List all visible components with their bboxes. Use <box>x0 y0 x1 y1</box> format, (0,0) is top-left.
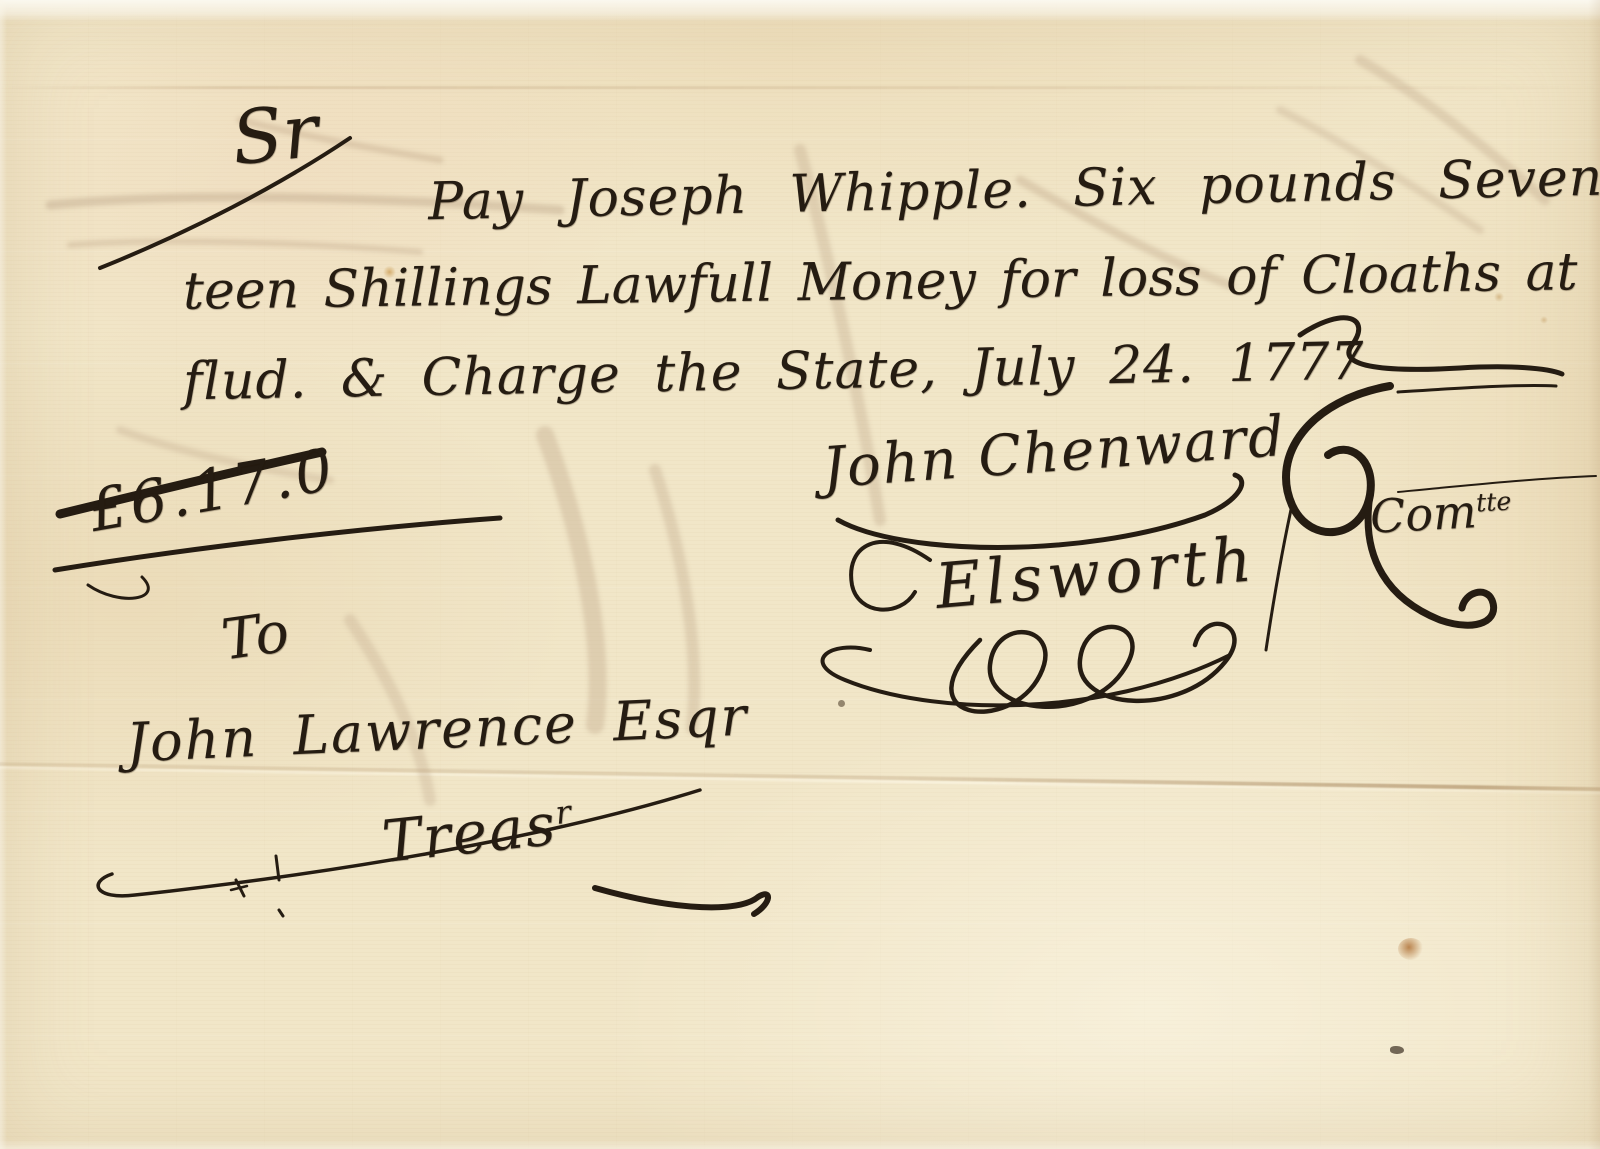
ink-speck-4 <box>279 910 283 916</box>
amount-tail-stroke <box>88 577 148 598</box>
ink-blot <box>1390 1046 1404 1054</box>
ink-dot <box>838 700 845 707</box>
paper-left-edge <box>0 0 7 1149</box>
countersignature: Elsworth <box>932 522 1259 623</box>
ellsworth-knot-sweep <box>823 647 1230 705</box>
treasurer-title-base: Treas <box>379 790 560 876</box>
treasurer-underline-flourish <box>595 888 768 914</box>
paper-bottom-edge <box>0 1139 1600 1149</box>
paper-stain-freckle-2 <box>1540 316 1548 324</box>
committee-title-superscript: tte <box>1475 487 1512 518</box>
body-line-1: Pay Joseph Whipple. Six pounds Seven <box>428 148 1600 233</box>
salutation-text: Sr <box>228 88 323 183</box>
body-line-3: flud. & Charge the State, July 24. 1777 <box>183 332 1366 413</box>
committee-bracket-tail <box>1266 505 1292 650</box>
paper-stain-brown <box>1398 938 1424 960</box>
ellsworth-knot-flourish <box>951 624 1234 712</box>
paper-crease-main-highlight <box>0 766 1600 794</box>
addressee-prefix: To <box>218 600 293 674</box>
ink-bleedthrough-8 <box>545 435 598 725</box>
ellsworth-leadin-flourish <box>851 542 930 610</box>
ink-bleedthrough-2 <box>70 241 420 252</box>
ink-speck-2 <box>236 880 244 896</box>
committee-title: Comtte <box>1369 482 1513 543</box>
addressee-name: John Lawrence Esqr <box>125 684 750 774</box>
committee-signature: John Chenward <box>820 404 1288 501</box>
ink-speck-1 <box>276 856 279 880</box>
body-line-2: teen Shillings Lawfull Money for loss of… <box>183 242 1578 321</box>
treasurer-title: Treasr <box>379 788 577 876</box>
date-flourish-underline <box>1398 385 1556 392</box>
committee-title-base: Com <box>1369 484 1478 544</box>
paper-top-edge <box>0 0 1600 22</box>
ink-speck-3 <box>231 886 247 890</box>
manuscript-page: Sr Pay Joseph Whipple. Six pounds Seven … <box>0 0 1600 1149</box>
paper-crease-top <box>0 86 1600 89</box>
amount-figures: £6.17.0 <box>84 435 341 545</box>
treasurer-title-superscript: r <box>554 792 575 832</box>
